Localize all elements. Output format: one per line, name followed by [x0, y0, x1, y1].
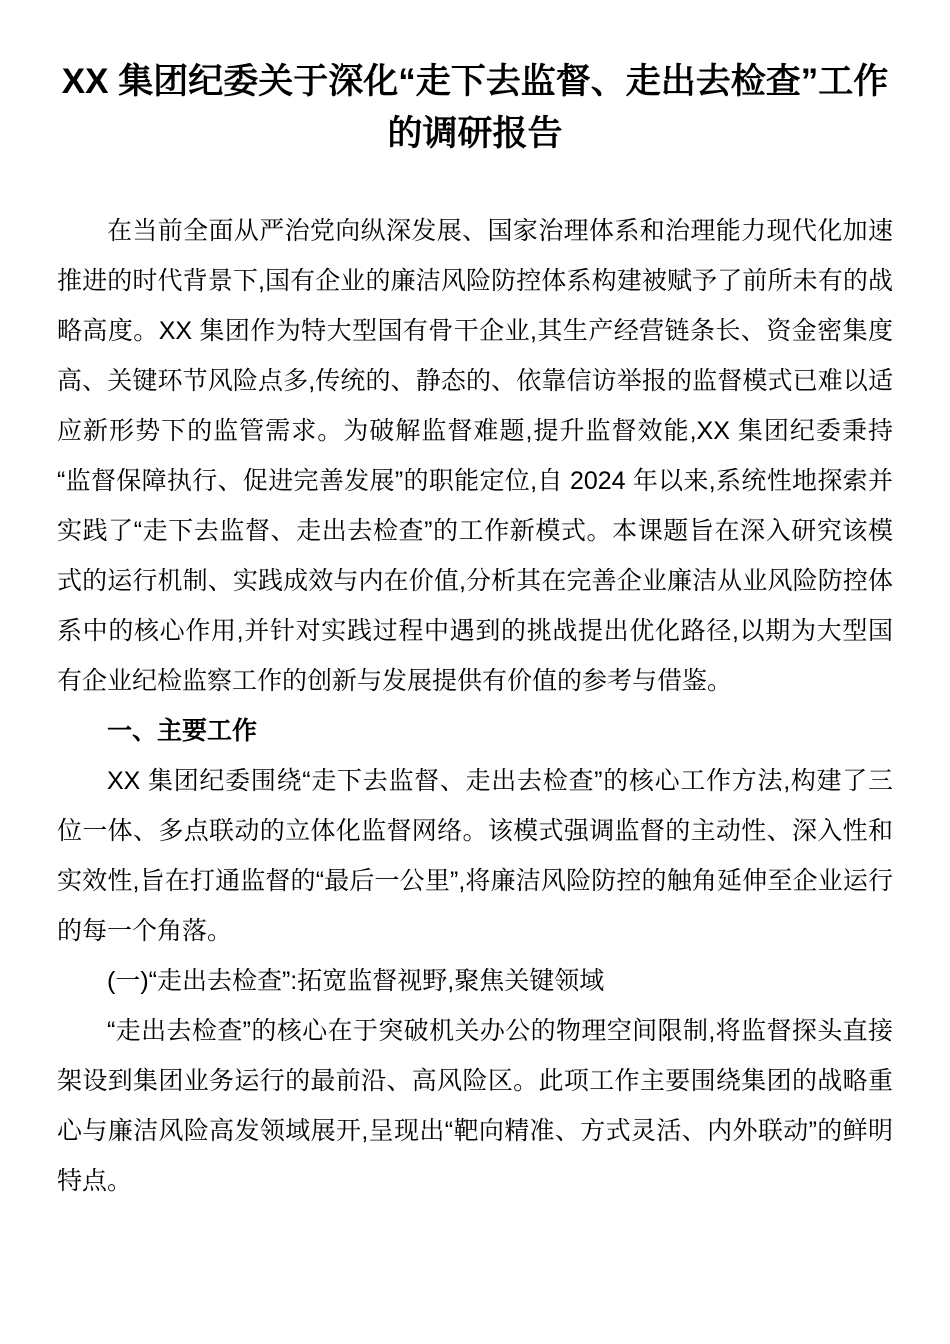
section-paragraph-overview: XX 集团纪委围绕“走下去监督、走出去检查”的核心工作方法,构建了三位一体、多点… [57, 756, 893, 956]
subsection-paragraph-going-out-inspection: “走出去检查”的核心在于突破机关办公的物理空间限制,将监督探头直接架设到集团业务… [57, 1006, 893, 1206]
section-heading-main-work: 一、主要工作 [57, 706, 893, 756]
report-title: XX 集团纪委关于深化“走下去监督、走出去检查”工作的调研报告 [57, 56, 893, 160]
document-page: XX 集团纪委关于深化“走下去监督、走出去检查”工作的调研报告 在当前全面从严治… [0, 0, 950, 1344]
subsection-heading-going-out-inspection: (一)“走出去检查”:拓宽监督视野,聚焦关键领域 [57, 956, 893, 1006]
report-body: 在当前全面从严治党向纵深发展、国家治理体系和治理能力现代化加速推进的时代背景下,… [57, 206, 893, 1206]
intro-paragraph: 在当前全面从严治党向纵深发展、国家治理体系和治理能力现代化加速推进的时代背景下,… [57, 206, 893, 706]
